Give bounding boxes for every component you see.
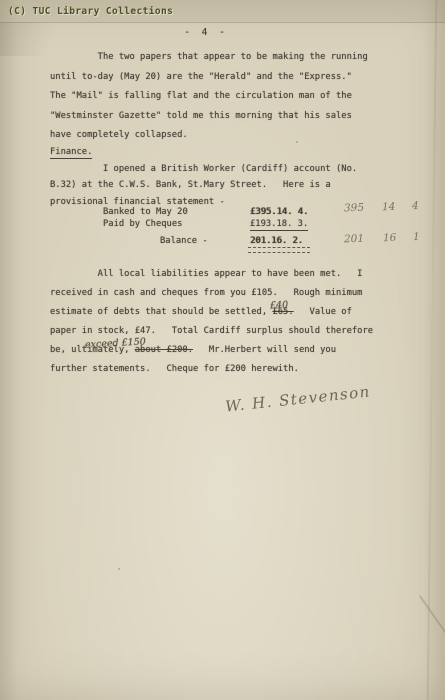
- finance-section: Finance. I opened a British Worker (Card…: [50, 144, 357, 210]
- paper-speck: [118, 568, 120, 570]
- handwritten-correction: £40: [270, 296, 289, 316]
- handwritten-pounds: 395: [344, 202, 364, 215]
- statement-row-amount: £193.18. 3.: [250, 219, 308, 231]
- text-line: B.32) at the C.W.S. Bank, St.Mary Street…: [50, 177, 357, 194]
- handwritten-pence: 4: [412, 200, 419, 212]
- finance-heading: Finance.: [50, 147, 92, 159]
- text-line: provisional financial statement -: [50, 194, 357, 211]
- text-line: The two papers that appear to be making …: [50, 48, 368, 68]
- text-line: received in cash and cheques from you £1…: [50, 284, 373, 303]
- text-line: I opened a British Worker (Cardiff) acco…: [50, 161, 357, 178]
- handwritten-pence: 1: [413, 231, 420, 243]
- paragraph-liabilities: All local liabilities appear to have bee…: [50, 265, 373, 379]
- statement-balance-amount: 201.16. 2.: [250, 236, 303, 246]
- correction: exceed £150about £200.: [135, 345, 193, 355]
- text-line: estimate of debts that should be settled…: [50, 303, 373, 322]
- text-segment: Mr.Herbert will send you: [193, 345, 336, 355]
- handwritten-pounds: 201: [344, 233, 364, 246]
- correction: £40£65.: [272, 307, 293, 317]
- handwritten-shillings: 14: [382, 201, 396, 213]
- text-line: until to-day (May 20) are the "Herald" a…: [50, 68, 368, 88]
- paragraph-newspapers: The two papers that appear to be making …: [50, 48, 368, 146]
- text-line: have completely collapsed.: [50, 126, 368, 146]
- handwritten-shillings: 16: [383, 232, 397, 244]
- statement-row-label: Paid by Cheques: [103, 219, 182, 229]
- page-number: - 4 -: [0, 27, 412, 38]
- text-segment: estimate of debts that should be settled…: [50, 307, 272, 317]
- statement-balance-label: Balance -: [160, 236, 208, 246]
- text-line: Finance.: [50, 144, 357, 161]
- copyright-watermark: (C) TUC Library Collections: [8, 6, 173, 17]
- handwritten-signature: W. H. Stevenson: [224, 382, 371, 415]
- double-dashed-rule: [248, 247, 310, 253]
- paper-crease-right: [427, 0, 438, 700]
- statement-row-label: Banked to May 20: [103, 207, 188, 217]
- text-line: All local liabilities appear to have bee…: [50, 265, 373, 284]
- text-line: The "Mail" is falling flat and the circu…: [50, 87, 368, 107]
- paper-crease-bottom-right: [419, 595, 445, 700]
- text-segment: Value of: [294, 307, 352, 317]
- scanned-letter-page: (C) TUC Library Collections - 4 - The tw…: [0, 0, 445, 700]
- text-line: be, ultimately, exceed £150about £200. M…: [50, 341, 373, 360]
- statement-row-amount: £395.14. 4.: [250, 207, 308, 217]
- handwritten-correction: exceed £150: [84, 332, 146, 354]
- text-line: "Westminster Gazette" told me this morni…: [50, 107, 368, 127]
- text-line: further statements. Cheque for £200 here…: [50, 360, 373, 379]
